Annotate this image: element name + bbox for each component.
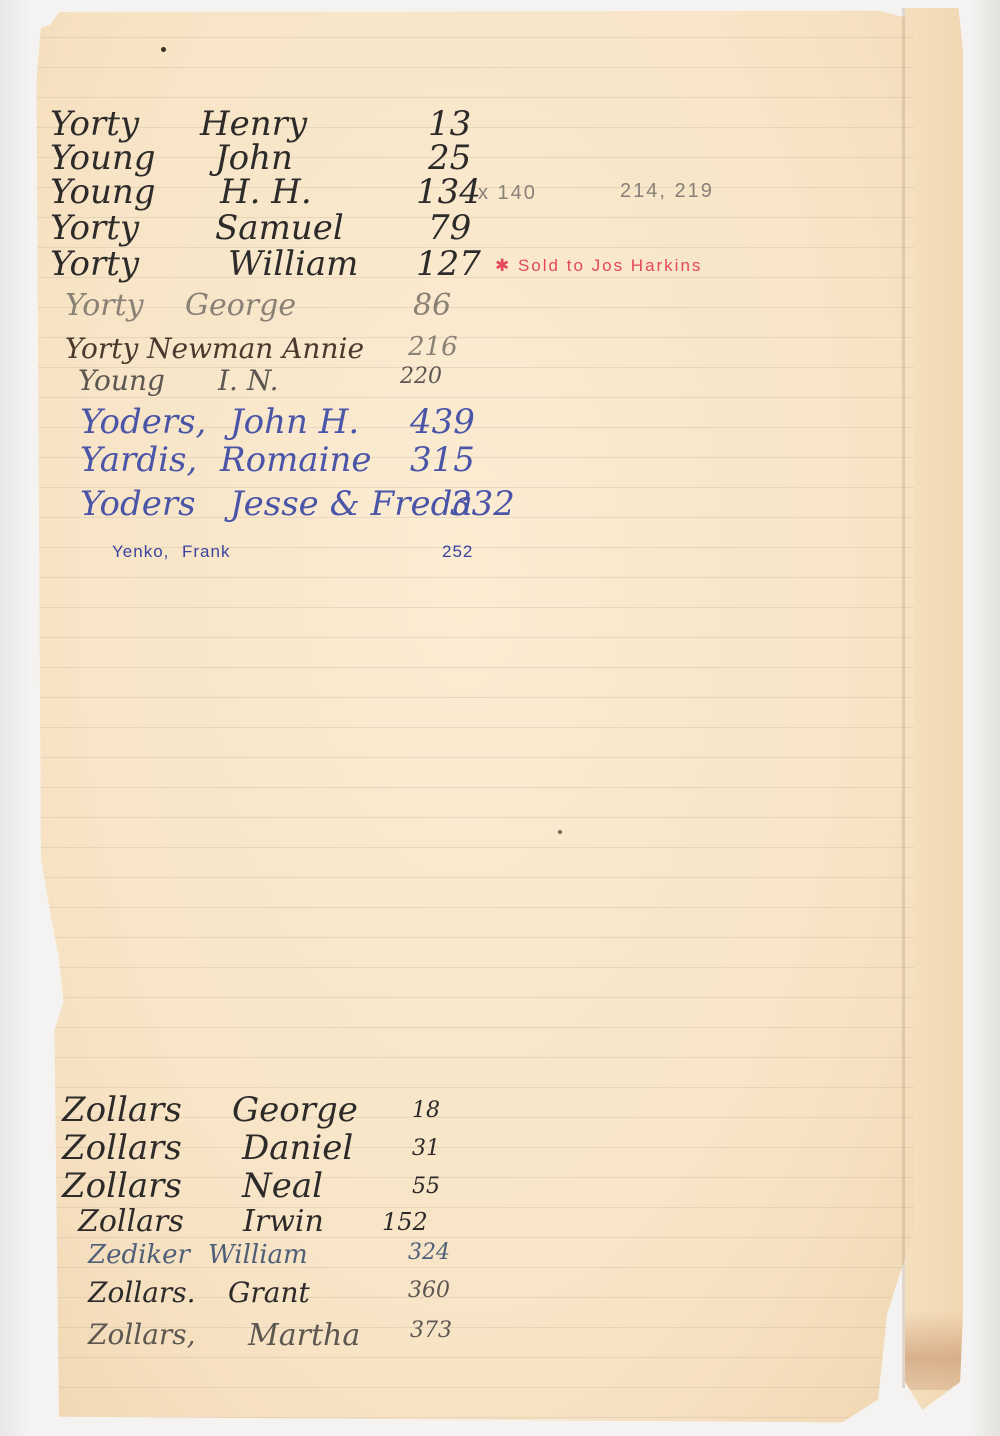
water-stain: [905, 1310, 963, 1390]
surname: Zollars: [62, 1128, 182, 1168]
entry-number: 152: [382, 1208, 428, 1236]
entry-number: 86: [413, 288, 451, 323]
extra-number: x 140: [478, 182, 537, 205]
given-name: Romaine: [220, 440, 371, 480]
surname: Yorty: [50, 208, 139, 248]
entry-number: 55: [412, 1174, 440, 1199]
given-name: Daniel: [242, 1128, 353, 1168]
surname: Zollars: [78, 1204, 184, 1239]
ink-blot: [161, 47, 166, 52]
entry-number: 134: [416, 172, 481, 212]
given-name: Frank: [182, 542, 230, 562]
given-name: William: [208, 1240, 308, 1270]
given-name: Jesse & Freda: [230, 484, 473, 524]
side-note: 214, 219: [620, 180, 714, 203]
surname: Young: [50, 172, 156, 212]
entry-number: 127: [416, 244, 481, 284]
entry-number: 252: [442, 542, 473, 562]
given-name: Grant: [228, 1276, 310, 1309]
entry-number: 373: [410, 1318, 452, 1343]
given-name: I. N.: [218, 364, 278, 397]
surname: Young: [78, 364, 165, 397]
entry-number: 216: [408, 332, 458, 362]
surname: Yorty: [65, 288, 144, 323]
given-name: Newman Annie: [147, 332, 364, 365]
surname: Zollars.: [88, 1276, 196, 1309]
entry-number: 79: [428, 208, 471, 248]
entry-number: 360: [408, 1278, 450, 1303]
given-name: George: [185, 288, 296, 323]
surname: Yoders,: [80, 402, 206, 442]
given-name: John H.: [230, 402, 359, 442]
given-name: Martha: [248, 1318, 360, 1353]
given-name: Samuel: [215, 208, 344, 248]
entry-number: 315: [410, 440, 475, 480]
entry-number: 18: [412, 1098, 440, 1123]
ink-blot: [558, 830, 562, 834]
surname: Zollars: [62, 1166, 182, 1206]
surname: Zollars,: [88, 1318, 196, 1351]
given-name: William: [228, 244, 358, 284]
entry-number: 439: [410, 402, 475, 442]
surname: Zollars: [62, 1090, 182, 1130]
entry-number: 220: [400, 364, 442, 389]
sold-annotation: ✱ Sold to Jos Harkins: [495, 256, 702, 276]
entry-number: 324: [408, 1240, 450, 1265]
page-fold-edge: [902, 8, 905, 1388]
given-name: Neal: [242, 1166, 323, 1206]
surname: Yenko,: [112, 542, 169, 562]
entry-number: 332: [450, 484, 515, 524]
surname: Yoders: [80, 484, 196, 524]
surname: Zediker: [88, 1240, 190, 1270]
surname: Yorty: [50, 244, 139, 284]
surname: Yorty: [65, 332, 138, 365]
given-name: George: [232, 1090, 358, 1130]
surname: Yardis,: [80, 440, 197, 480]
given-name: H. H.: [220, 172, 312, 212]
entry-number: 31: [412, 1136, 440, 1161]
given-name: Irwin: [243, 1204, 324, 1239]
